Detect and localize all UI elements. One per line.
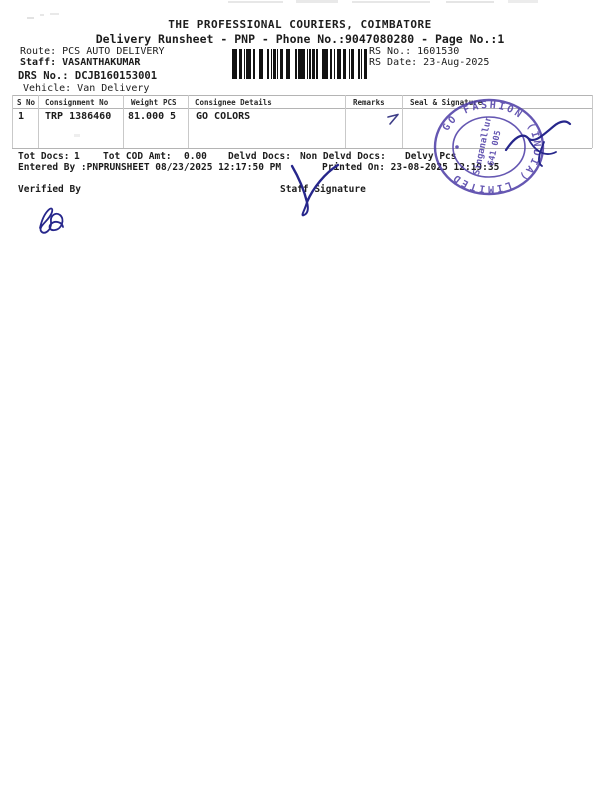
col-header-weight: Weight [131, 98, 158, 107]
scan-artifact [296, 0, 338, 3]
drs-barcode [232, 49, 367, 79]
col-header-consignee: Consignee Details [195, 98, 272, 107]
stamp-star-dot [455, 145, 459, 149]
company-title: THE PROFESSIONAL COURIERS, COIMBATORE [0, 18, 600, 31]
table-vline [345, 95, 346, 148]
cell-weight: 81.000 [128, 111, 164, 122]
scan-artifact [50, 13, 59, 15]
vehicle-field: Vehicle: Van Delivery [23, 83, 149, 94]
drs-no-field: DRS No.: DCJB160153001 [18, 70, 157, 82]
rs-date-field: RS Date: 23-Aug-2025 [369, 57, 489, 68]
table-vline [402, 95, 403, 148]
route-field: Route: PCS AUTO DELIVERY [20, 46, 165, 57]
rs-no-field: RS No.: 1601530 [369, 46, 459, 57]
verified-signature-ink [28, 200, 74, 244]
cell-consignee: GO COLORS [196, 111, 250, 122]
pen-tick-mark [386, 113, 402, 129]
staff-signature-ink [288, 162, 344, 220]
staff-field: Staff: VASANTHAKUMAR [20, 57, 140, 68]
cell-sno: 1 [18, 111, 24, 122]
col-header-remarks: Remarks [353, 98, 385, 107]
scan-artifact [74, 134, 80, 137]
cell-consignment: TRP 1386460 [45, 111, 111, 122]
scan-artifact [508, 0, 538, 3]
entered-by-field: Entered By :PNPRUNSHEET 08/23/2025 12:17… [18, 162, 281, 173]
delivery-runsheet-document: THE PROFESSIONAL COURIERS, COIMBATORE De… [0, 0, 600, 800]
tot-cod-value: 0.00 [184, 151, 207, 162]
table-vline [123, 95, 124, 148]
tot-docs-label: Tot Docs: [18, 151, 69, 162]
tot-cod-label: Tot COD Amt: [103, 151, 172, 162]
verified-by-label: Verified By [18, 184, 81, 195]
table-vline [38, 95, 39, 148]
scan-artifact [352, 1, 430, 3]
scan-artifact [228, 1, 283, 3]
document-title: Delivery Runsheet - PNP - Phone No.:9047… [0, 32, 600, 46]
col-header-sno: S No [17, 98, 35, 107]
stamp-signature-ink [500, 112, 578, 176]
table-vline [188, 95, 189, 148]
delvd-docs-label: Delvd Docs: [228, 151, 291, 162]
tot-docs-value: 1 [74, 151, 80, 162]
table-vline [12, 95, 13, 148]
col-header-pcs: PCS [163, 98, 177, 107]
scan-artifact [40, 14, 44, 16]
table-vline [592, 95, 593, 148]
col-header-consignment: Consignment No [45, 98, 108, 107]
scan-artifact [446, 1, 494, 3]
cell-pcs: 5 [170, 111, 176, 122]
non-delvd-docs-label: Non Delvd Docs: [300, 151, 386, 162]
